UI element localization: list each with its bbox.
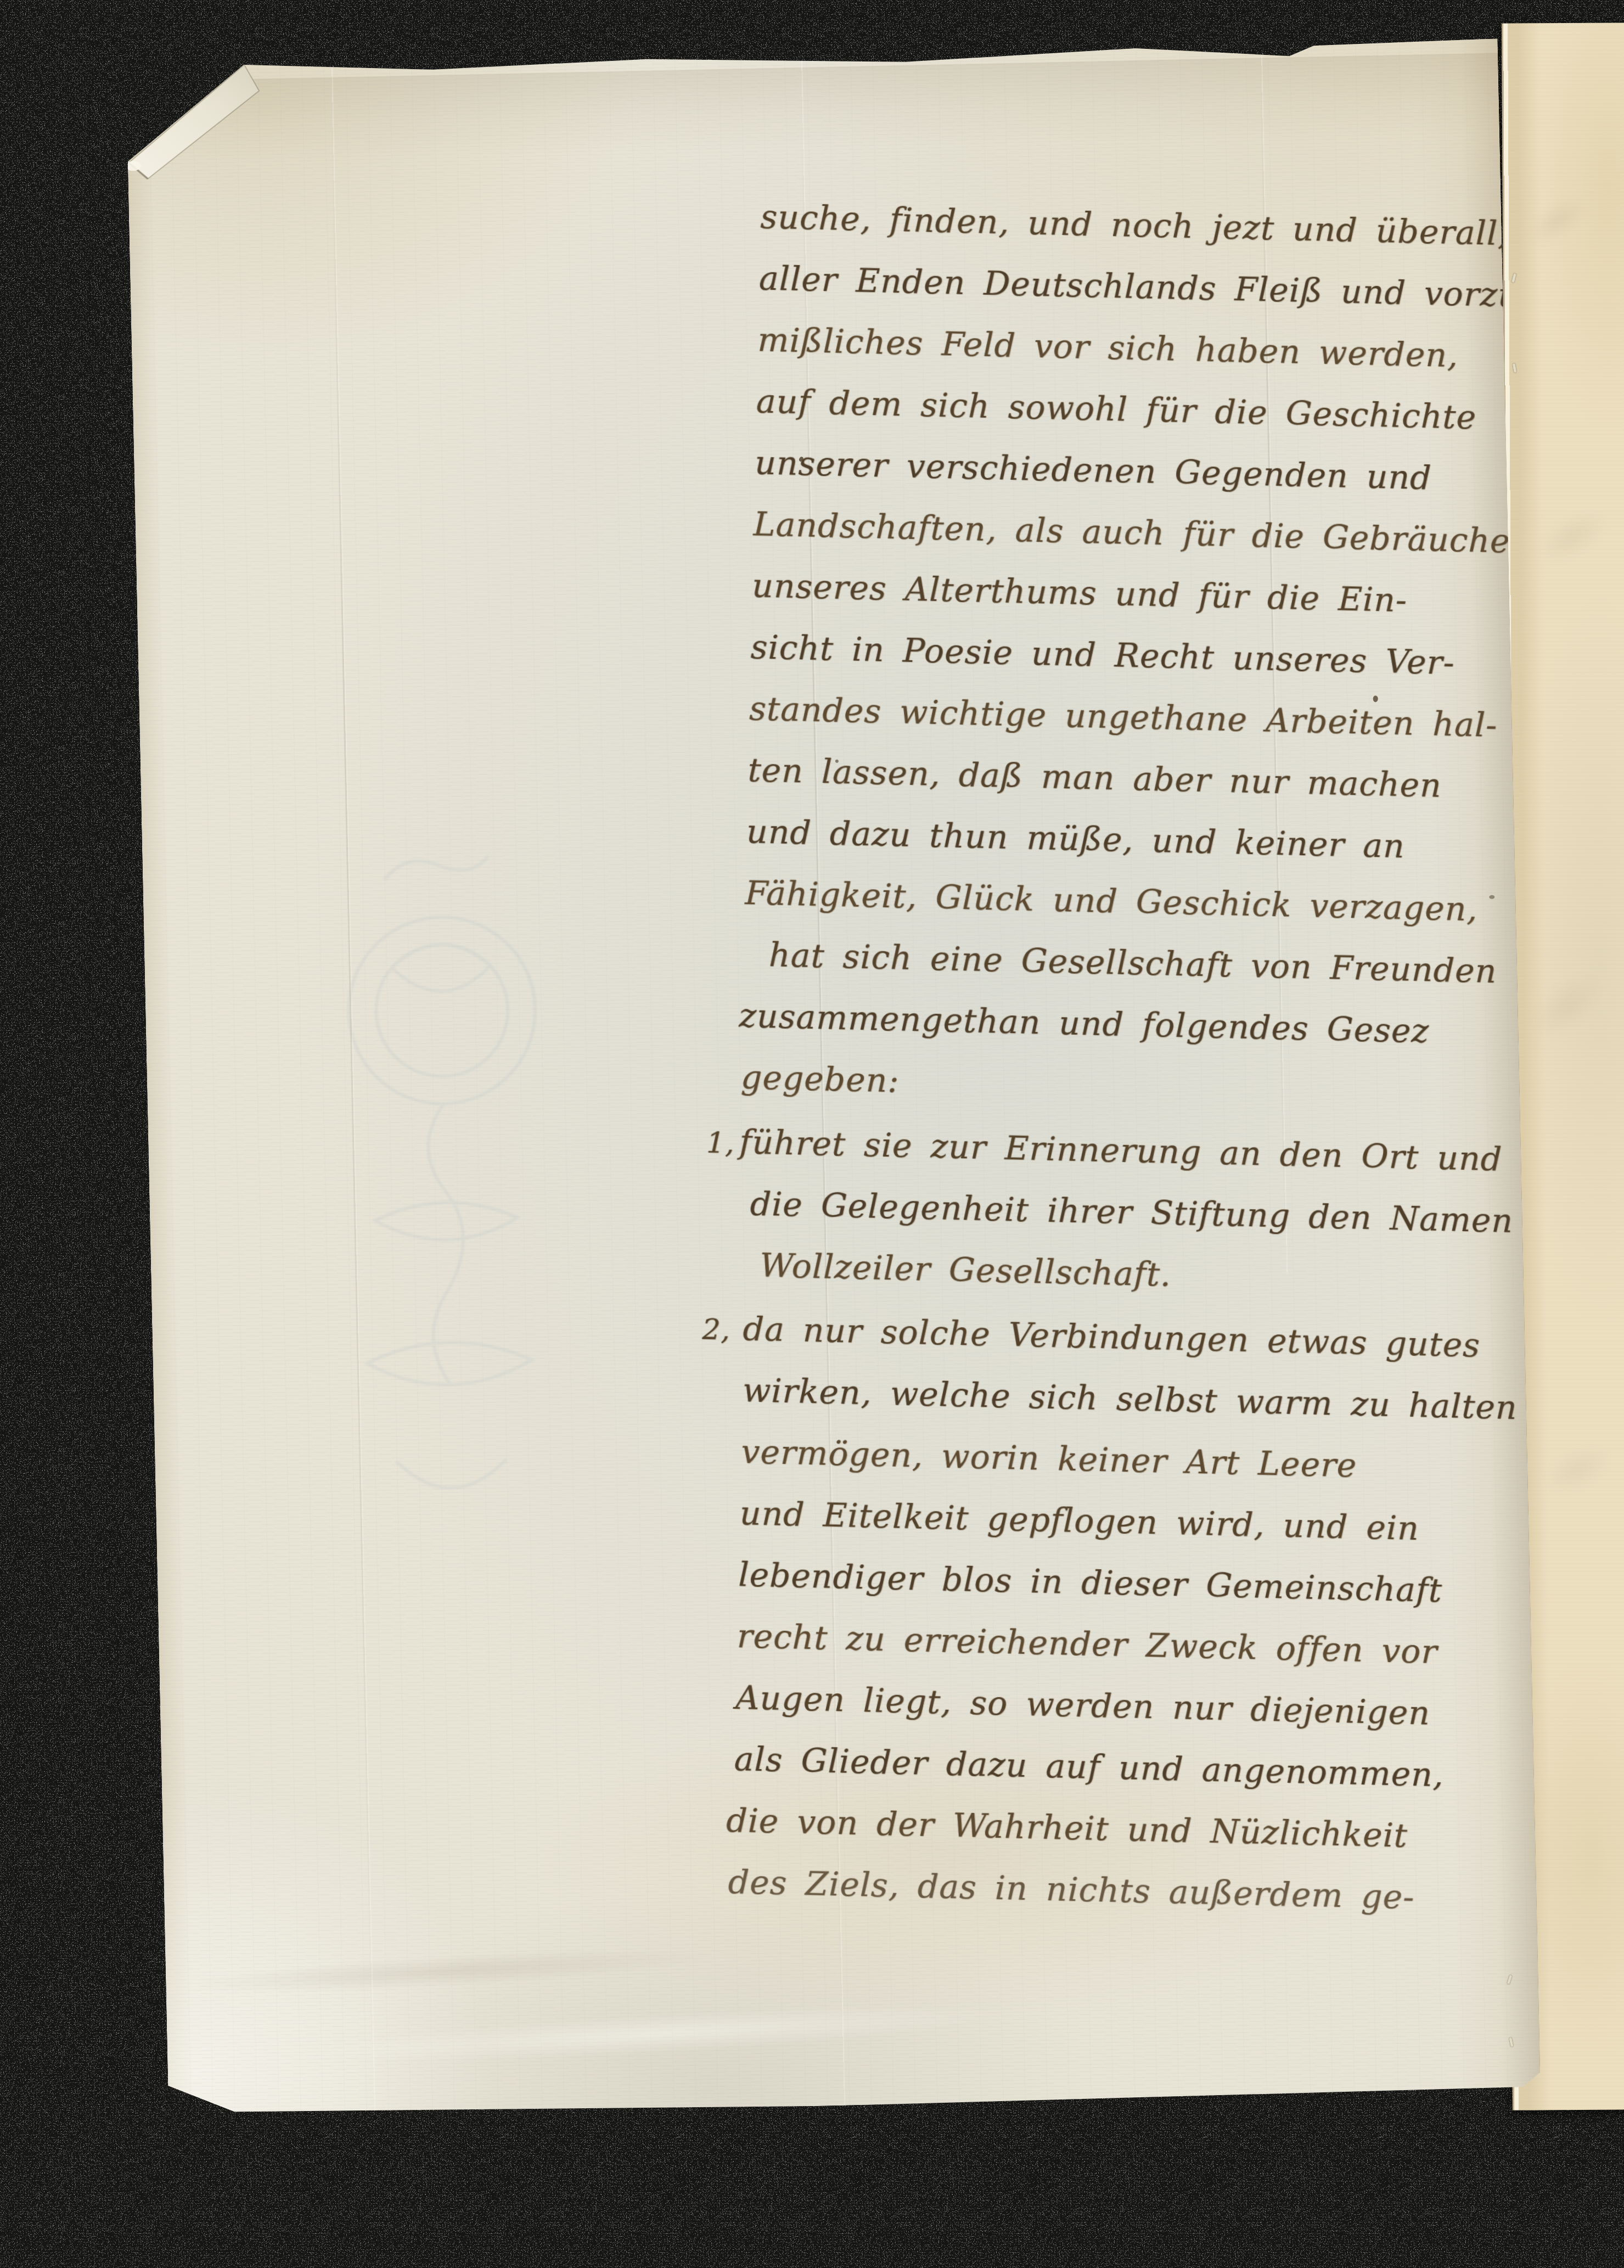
manuscript-scan: 2 suche, finden, und noch jezt und übera… [0,0,1624,2268]
paper-watermark [279,843,612,1552]
bleedthrough-smudge [1537,1437,1618,1502]
item-number-2: 2, [702,1313,731,1347]
manuscript-page: 2 suche, finden, und noch jezt und übera… [126,38,1541,2120]
line-text: suche, finden, und noch jezt und überall… [760,198,1509,253]
item-number-1: 1, [706,1127,735,1160]
bleedthrough-smudge [1530,500,1616,572]
manuscript-text-block: suche, finden, und noch jezt und überall… [722,198,1507,1941]
line-text: gegeben: [740,1058,900,1101]
bleedthrough-smudge [1521,188,1594,253]
bleedthrough-smudge [1521,962,1612,1049]
